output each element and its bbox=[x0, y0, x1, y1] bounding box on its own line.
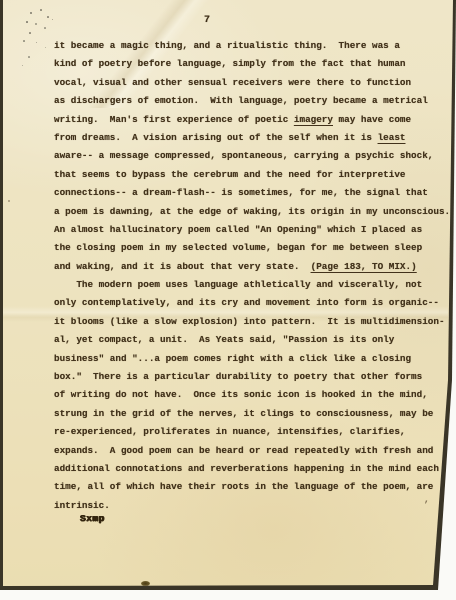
ink-speckle bbox=[22, 65, 23, 66]
ink-speckle bbox=[35, 23, 37, 25]
text-line: from dreams. A vision arising out of the… bbox=[54, 129, 452, 147]
text-line: re-experienced, proliferates in nuance, … bbox=[54, 423, 452, 441]
text-line: al, yet compact, a unit. As Yeats said, … bbox=[54, 331, 452, 349]
text-line: business" and "...a poem comes right wit… bbox=[54, 350, 452, 368]
text-line: a poem is dawning, at the edge of waking… bbox=[54, 203, 452, 221]
ink-speckle bbox=[28, 56, 30, 58]
text-line: writing. Man's first experience of poeti… bbox=[54, 111, 452, 129]
text-line: vocal, visual and other sensual receiver… bbox=[54, 74, 452, 92]
text-line: that seems to bypass the cerebrum and th… bbox=[54, 166, 452, 184]
text-line: An almost hallucinatory poem called "An … bbox=[54, 221, 452, 239]
typed-text: kind of poetry before language, simply f… bbox=[54, 58, 405, 69]
typed-text: box." There is a particular durability t… bbox=[54, 371, 422, 382]
ink-speckle bbox=[30, 12, 32, 14]
signoff-overstruck-text: Sxmp bbox=[80, 513, 105, 524]
text-line: as dischargers of emotion. With language… bbox=[54, 92, 452, 110]
underlined-text: (Page 183, TO MIX.) bbox=[311, 261, 417, 272]
typed-text: of writing do not have. Once its sonic i… bbox=[54, 389, 428, 400]
typed-text: only contemplatively, and its cry and mo… bbox=[54, 297, 439, 308]
ink-speckle bbox=[36, 42, 37, 43]
typed-text: it blooms (like a slow explosion) into p… bbox=[54, 316, 445, 327]
ink-speckle bbox=[29, 32, 31, 34]
underlined-text: least bbox=[378, 132, 406, 143]
typed-text: re-experienced, proliferates in nuance, … bbox=[54, 426, 405, 437]
typed-text: business" and "...a poem comes right wit… bbox=[54, 353, 411, 364]
typed-text: intrinsic. bbox=[54, 500, 110, 511]
text-line: of writing do not have. Once its sonic i… bbox=[54, 386, 452, 404]
typed-text: An almost hallucinatory poem called "An … bbox=[54, 224, 422, 235]
typed-text: strung in the grid of the nerves, it cli… bbox=[54, 408, 433, 419]
ink-speckle bbox=[40, 9, 42, 11]
text-line: it became a magic thing, and a ritualist… bbox=[54, 37, 452, 55]
text-line: the closing poem in my selected volume, … bbox=[54, 239, 452, 257]
text-line: strung in the grid of the nerves, it cli… bbox=[54, 405, 452, 423]
text-line: and waking, and it is about that very st… bbox=[54, 258, 452, 276]
text-line: The modern poem uses language athletical… bbox=[54, 276, 452, 294]
underlined-text: imagery bbox=[294, 114, 333, 125]
ink-speckle bbox=[44, 27, 46, 29]
typed-text: expands. A good poem can be heard or rea… bbox=[54, 445, 433, 456]
typed-text: and waking, and it is about that very st… bbox=[54, 261, 311, 272]
typed-text: from dreams. A vision arising out of the… bbox=[54, 132, 378, 143]
text-line: expands. A good poem can be heard or rea… bbox=[54, 442, 452, 460]
typed-text: additional connotations and reverberatio… bbox=[54, 463, 439, 474]
text-line: it blooms (like a slow explosion) into p… bbox=[54, 313, 452, 331]
text-line: intrinsic. bbox=[54, 497, 452, 515]
typed-text: that seems to bypass the cerebrum and th… bbox=[54, 169, 405, 180]
text-line: aware-- a message compressed, spontaneou… bbox=[54, 147, 452, 165]
typed-text: it became a magic thing, and a ritualist… bbox=[54, 40, 400, 51]
typed-text: al, yet compact, a unit. As Yeats said, … bbox=[54, 334, 394, 345]
typed-text: The modern poem uses language athletical… bbox=[54, 279, 422, 290]
stray-ink-mark: , bbox=[424, 495, 429, 505]
typed-text: aware-- a message compressed, spontaneou… bbox=[54, 150, 433, 161]
typed-text: may have come bbox=[333, 114, 411, 125]
text-line: only contemplatively, and its cry and mo… bbox=[54, 294, 452, 312]
ink-speckle bbox=[8, 200, 10, 202]
text-line: time, all of which have their roots in t… bbox=[54, 478, 452, 496]
typed-text: connections-- a dream-flash-- is sometim… bbox=[54, 187, 428, 198]
page-number: 7 bbox=[204, 15, 210, 26]
typed-text: a poem is dawning, at the edge of waking… bbox=[54, 206, 450, 217]
text-line: additional connotations and reverberatio… bbox=[54, 460, 452, 478]
typed-text: vocal, visual and other sensual receiver… bbox=[54, 77, 411, 88]
scanned-page: 7 it became a magic thing, and a rituali… bbox=[0, 0, 456, 600]
paper-blemish bbox=[141, 581, 150, 586]
text-line: connections-- a dream-flash-- is sometim… bbox=[54, 184, 452, 202]
text-line: box." There is a particular durability t… bbox=[54, 368, 452, 386]
ink-speckle bbox=[47, 16, 49, 18]
ink-speckle bbox=[45, 47, 46, 48]
ink-speckle bbox=[26, 21, 28, 23]
document-body: it became a magic thing, and a ritualist… bbox=[54, 37, 452, 515]
typed-text: as dischargers of emotion. With language… bbox=[54, 95, 428, 106]
ink-speckle bbox=[23, 40, 25, 42]
typed-text: writing. Man's first experience of poeti… bbox=[54, 114, 294, 125]
text-line: kind of poetry before language, simply f… bbox=[54, 55, 452, 73]
typed-text: time, all of which have their roots in t… bbox=[54, 481, 433, 492]
paper-sheet: 7 it became a magic thing, and a rituali… bbox=[0, 0, 456, 600]
typed-text: the closing poem in my selected volume, … bbox=[54, 242, 422, 253]
ink-speckle bbox=[52, 19, 53, 20]
